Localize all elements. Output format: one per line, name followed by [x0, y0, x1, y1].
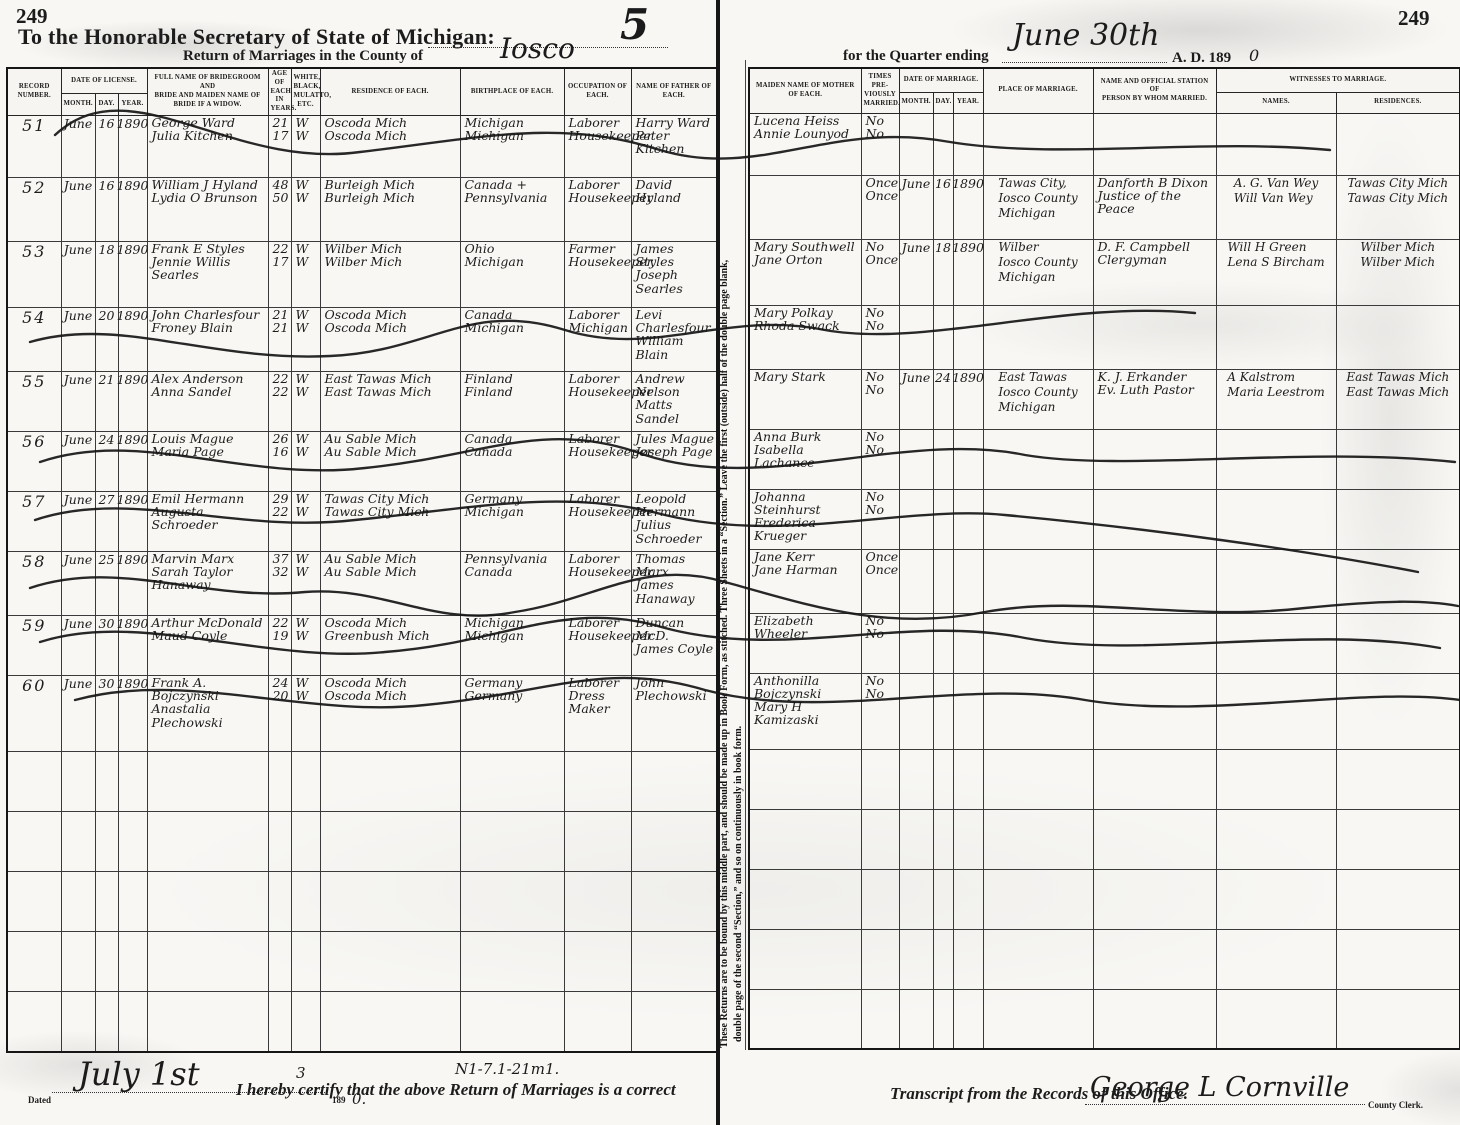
cell-witness-residences — [1336, 305, 1460, 369]
blank-cell — [95, 872, 118, 932]
cell-marriage-day — [933, 113, 953, 175]
record-row-53: 53June181890Frank E StylesJennie Willis … — [7, 242, 717, 308]
marriage-day-value — [934, 114, 953, 124]
cell-times-married: NoNo — [861, 673, 899, 749]
cell-witness-names — [1216, 489, 1336, 549]
bride-birthplace: Michigan — [461, 321, 564, 334]
cell-license-year: 1890 — [118, 676, 147, 752]
bride-occupation: Housekeeper — [565, 445, 631, 458]
cell-times-married: NoNo — [861, 489, 899, 549]
bride-occupation: Housekeeper — [565, 255, 631, 268]
blank-row — [7, 932, 717, 992]
binding-instruction-1: These Returns are to be bound by this mi… — [719, 100, 730, 1048]
cell-age: 2217 — [268, 242, 291, 308]
cell-name: John CharlesfourFroney Blain — [147, 308, 268, 372]
groom-mother: Mary Southwell — [750, 240, 861, 253]
cell-marriage-day — [933, 549, 953, 613]
col-header-marriage-year: Year. — [953, 92, 983, 113]
cell-times-married: OnceOnce — [861, 549, 899, 613]
witness-residences-value: Tawas City Mich Tawas City Mich — [1337, 176, 1460, 206]
cell-occupation: LaborerHousekeeper — [564, 492, 631, 552]
record-row-60-right: Anthonilla BojczynskiMary H KamizaskiNoN… — [749, 673, 1460, 749]
cell-license-day: 27 — [95, 492, 118, 552]
marriage-month-value — [900, 550, 933, 560]
bride-mother: Jane Orton — [750, 253, 861, 266]
cell-place-of-marriage — [983, 613, 1093, 673]
groom-mother: Jane Kerr — [750, 550, 861, 563]
marriage-year-value: 1890 — [954, 240, 983, 265]
groom-father: Leopold Hermann — [632, 492, 717, 518]
cell-mother: Johanna SteinhurstFrederica Krueger — [749, 489, 861, 549]
marriage-month-value — [900, 614, 933, 624]
blank-cell — [147, 932, 268, 992]
cell-times-married: NoNo — [861, 613, 899, 673]
record-row-53-right: Mary SouthwellJane OrtonNoOnceJune181890… — [749, 239, 1460, 305]
cell-marriage-year — [953, 305, 983, 369]
blank-cell — [933, 869, 953, 929]
cell-age: 2420 — [268, 676, 291, 752]
groom-father: Levi Charlesfour — [632, 308, 717, 334]
blank-cell — [749, 749, 861, 809]
blank-cell — [61, 812, 95, 872]
bride-age: 20 — [269, 689, 291, 702]
blank-cell — [291, 812, 320, 872]
blank-cell — [861, 869, 899, 929]
bride-color: W — [292, 565, 320, 578]
blank-cell — [564, 752, 631, 812]
blank-cell — [933, 749, 953, 809]
blank-cell — [147, 752, 268, 812]
marriage-month-value — [900, 674, 933, 684]
cell-occupation: LaborerHousekeeper — [564, 178, 631, 242]
record-row-56-right: Anna BurkIsabella LachanceNoNo — [749, 429, 1460, 489]
bride-occupation: Michigan — [565, 321, 631, 334]
blank-cell — [95, 812, 118, 872]
groom-father: David Hyland — [632, 178, 717, 204]
register-table-right: Maiden Name of Mother of Each. Times Pre… — [748, 67, 1460, 1050]
bride-color: W — [292, 191, 320, 204]
cell-marriage-day — [933, 429, 953, 489]
certify-text: I hereby certify that the above Return o… — [236, 1080, 676, 1100]
blank-cell — [899, 809, 933, 869]
record-row-57: 57June271890Emil HermannAugusta Schroede… — [7, 492, 717, 552]
page-number-right: 249 — [1398, 6, 1430, 31]
witness-residences-value: Wilber Mich Wilber Mich — [1337, 240, 1460, 270]
bride-times-married: No — [862, 443, 899, 456]
bride-times-married: No — [862, 503, 899, 516]
cell-marriage-month — [899, 549, 933, 613]
cell-occupation: LaborerHousekeeper — [564, 116, 631, 178]
cell-name: Frank E StylesJennie Willis Searles — [147, 242, 268, 308]
cell-age: 2222 — [268, 372, 291, 432]
cell-residence: Wilber MichWilber Mich — [320, 242, 460, 308]
cell-mother: Elizabeth Wheeler — [749, 613, 861, 673]
blank-cell — [1093, 809, 1216, 869]
bride-color: W — [292, 255, 320, 268]
cell-residence: Au Sable MichAu Sable Mich — [320, 552, 460, 616]
marriage-year-value — [954, 550, 983, 560]
cell-times-married: OnceOnce — [861, 175, 899, 239]
record-number-value: 52 — [8, 178, 61, 213]
marriage-month-value — [900, 490, 933, 500]
license-year-value: 1890 — [119, 242, 147, 267]
cell-marriage-day — [933, 613, 953, 673]
cell-witness-names — [1216, 113, 1336, 175]
blank-cell — [899, 989, 933, 1049]
cell-name: Louis MagueMaria Page — [147, 432, 268, 492]
cell-marriage-month — [899, 113, 933, 175]
bride-name: Augusta Schroeder — [148, 505, 268, 531]
cell-birthplace: MichiganMichigan — [460, 616, 564, 676]
cell-license-year: 1890 — [118, 178, 147, 242]
blank-cell — [861, 809, 899, 869]
cell-marriage-month — [899, 305, 933, 369]
blank-cell — [749, 809, 861, 869]
blank-cell — [861, 989, 899, 1049]
blank-cell — [320, 992, 460, 1052]
cell-color: WW — [291, 552, 320, 616]
cell-place-of-marriage — [983, 489, 1093, 549]
blank-cell — [953, 929, 983, 989]
col-header-official: Name and Official Station of Person by w… — [1093, 68, 1216, 113]
blank-cell — [95, 752, 118, 812]
groom-times-married: No — [862, 674, 899, 687]
bride-birthplace: Finland — [461, 385, 564, 398]
bride-residence: East Tawas Mich — [321, 385, 460, 398]
cell-witness-names — [1216, 429, 1336, 489]
blank-cell — [291, 752, 320, 812]
cell-official — [1093, 489, 1216, 549]
cell-occupation: LaborerMichigan — [564, 308, 631, 372]
cell-witness-names — [1216, 673, 1336, 749]
bride-age: 21 — [269, 321, 291, 334]
cell-color: WW — [291, 372, 320, 432]
blank-cell — [7, 752, 61, 812]
bride-color: W — [292, 129, 320, 142]
cell-age: 2219 — [268, 616, 291, 676]
cell-father: Duncan McD.James Coyle — [631, 616, 717, 676]
ad-label: A. D. 189 — [1172, 50, 1231, 67]
blank-row — [749, 749, 1460, 809]
cell-residence: Oscoda MichOscoda Mich — [320, 676, 460, 752]
license-month-value: June — [62, 552, 95, 577]
groom-times-married: Once — [862, 176, 899, 189]
register-table-left: Record Number. Date of License. Full Nam… — [6, 67, 718, 1053]
cell-official: K. J. ErkanderEv. Luth Pastor — [1093, 369, 1216, 429]
cell-witness-residences — [1336, 613, 1460, 673]
page-title: To the Honorable Secretary of State of M… — [18, 24, 495, 50]
record-row-60: 60June301890Frank A. BojczynskiAnastalia… — [7, 676, 717, 752]
col-header-license-day: Day. — [95, 93, 118, 115]
cell-name: Marvin MarxSarah Taylor Hanaway — [147, 552, 268, 616]
bride-age: 19 — [269, 629, 291, 642]
bride-residence: Greenbush Mich — [321, 629, 460, 642]
license-day-value: 20 — [96, 308, 118, 333]
cell-official — [1093, 429, 1216, 489]
blank-cell — [933, 989, 953, 1049]
blank-cell — [1093, 989, 1216, 1049]
bride-occupation: Housekeeper — [565, 129, 631, 142]
quarter-blank-line — [1002, 62, 1167, 63]
blank-cell — [1093, 869, 1216, 929]
bride-birthplace: Michigan — [461, 129, 564, 142]
blank-cell — [899, 929, 933, 989]
cell-marriage-day: 24 — [933, 369, 953, 429]
cell-mother: Jane KerrJane Harman — [749, 549, 861, 613]
cell-mother: Anna BurkIsabella Lachance — [749, 429, 861, 489]
bride-residence: Oscoda Mich — [321, 321, 460, 334]
cell-marriage-year — [953, 429, 983, 489]
blank-cell — [147, 872, 268, 932]
cell-record-number: 51 — [7, 116, 61, 178]
record-row-55: 55June211890Alex AndersonAnna Sandel2222… — [7, 372, 717, 432]
bride-father: William Blain — [632, 334, 717, 360]
cell-record-number: 57 — [7, 492, 61, 552]
blank-row — [7, 872, 717, 932]
blank-cell — [631, 992, 717, 1052]
cell-license-year: 1890 — [118, 372, 147, 432]
blank-cell — [460, 872, 564, 932]
marriage-year-value — [954, 430, 983, 440]
cell-mother: Anthonilla BojczynskiMary H Kamizaski — [749, 673, 861, 749]
blank-cell — [1216, 809, 1336, 869]
marriage-month-value: June — [900, 176, 933, 201]
record-row-52: 52June161890William J HylandLydia O Brun… — [7, 178, 717, 242]
cell-occupation: LaborerHousekeeper — [564, 616, 631, 676]
blank-cell — [983, 869, 1093, 929]
col-header-occupation: Occupation of Each. — [564, 68, 631, 116]
bride-birthplace: Canada — [461, 445, 564, 458]
marriage-year-value — [954, 674, 983, 684]
blank-cell — [320, 932, 460, 992]
cell-record-number: 60 — [7, 676, 61, 752]
blank-cell — [1336, 989, 1460, 1049]
cell-birthplace: Canada +Pennsylvania — [460, 178, 564, 242]
bride-times-married: Once — [862, 563, 899, 576]
col-header-license-month: Month. — [61, 93, 95, 115]
blank-cell — [7, 992, 61, 1052]
cell-witness-residences — [1336, 113, 1460, 175]
blank-cell — [749, 929, 861, 989]
blank-cell — [1336, 809, 1460, 869]
bride-occupation: Housekeeper — [565, 565, 631, 578]
official-name: Danforth B Dixon — [1094, 176, 1216, 189]
bride-age: 22 — [269, 385, 291, 398]
cell-mother — [749, 175, 861, 239]
certify-annotation: N1-7.1-21m1. — [455, 1060, 559, 1078]
blank-cell — [1336, 869, 1460, 929]
bride-father: Joseph Page — [632, 445, 717, 458]
blank-cell — [631, 812, 717, 872]
record-number-value: 59 — [8, 616, 61, 651]
cell-marriage-day — [933, 673, 953, 749]
cell-birthplace: OhioMichigan — [460, 242, 564, 308]
cell-place-of-marriage — [983, 113, 1093, 175]
col-header-residence: Residence of Each. — [320, 68, 460, 116]
marriage-year-value — [954, 114, 983, 124]
cell-place-of-marriage: Tawas City, Iosco County Michigan — [983, 175, 1093, 239]
cell-father: John Plechowski — [631, 676, 717, 752]
binding-instruction-2: double page of the second “Section,” and… — [733, 470, 744, 1042]
marriage-month-value: June — [900, 240, 933, 265]
official-name: D. F. Campbell — [1094, 240, 1216, 253]
license-month-value: June — [62, 492, 95, 517]
cell-license-day: 30 — [95, 616, 118, 676]
blank-cell — [899, 869, 933, 929]
blank-cell — [268, 752, 291, 812]
record-row-51: 51June161890George WardJulia Kitchen2117… — [7, 116, 717, 178]
blank-row — [7, 812, 717, 872]
col-header-marriage-month: Month. — [899, 92, 933, 113]
bride-birthplace: Pennsylvania — [461, 191, 564, 204]
cell-place-of-marriage: Wilber Iosco County Michigan — [983, 239, 1093, 305]
license-month-value: June — [62, 116, 95, 141]
cell-license-day: 16 — [95, 178, 118, 242]
record-number-value: 60 — [8, 676, 61, 711]
groom-mother: Johanna Steinhurst — [750, 490, 861, 516]
blank-cell — [749, 869, 861, 929]
blank-cell — [983, 929, 1093, 989]
groom-times-married: No — [862, 614, 899, 627]
blank-cell — [631, 872, 717, 932]
cell-marriage-year: 1890 — [953, 369, 983, 429]
marriage-month-value — [900, 430, 933, 440]
blank-cell — [460, 992, 564, 1052]
signature-line — [1085, 1104, 1365, 1105]
bride-occupation: Housekeeper — [565, 629, 631, 642]
record-row-54: 54June201890John CharlesfourFroney Blain… — [7, 308, 717, 372]
blank-cell — [1216, 989, 1336, 1049]
blank-cell — [1336, 749, 1460, 809]
quarter-ending-label: for the Quarter ending — [843, 48, 989, 65]
blank-cell — [291, 992, 320, 1052]
cell-witness-names: Will H Green Lena S Bircham — [1216, 239, 1336, 305]
bride-mother: Annie Lounyod — [750, 127, 861, 140]
cell-marriage-year — [953, 489, 983, 549]
cell-witness-residences: East Tawas Mich East Tawas Mich — [1336, 369, 1460, 429]
blank-cell — [933, 809, 953, 869]
blank-cell — [1216, 869, 1336, 929]
cell-color: WW — [291, 432, 320, 492]
official-title: Ev. Luth Pastor — [1094, 383, 1216, 396]
cell-father: Harry WardPeter Kitchen — [631, 116, 717, 178]
blank-row — [7, 992, 717, 1052]
cell-birthplace: PennsylvaniaCanada — [460, 552, 564, 616]
col-header-birthplace: Birthplace of Each. — [460, 68, 564, 116]
cell-times-married: NoNo — [861, 369, 899, 429]
cell-place-of-marriage: East Tawas Iosco County Michigan — [983, 369, 1093, 429]
bride-father: Matts Sandel — [632, 398, 717, 424]
blank-cell — [861, 749, 899, 809]
blank-cell — [7, 932, 61, 992]
bride-occupation: Dress Maker — [565, 689, 631, 715]
blank-cell — [631, 752, 717, 812]
cell-residence: Oscoda MichOscoda Mich — [320, 308, 460, 372]
dated-value: July 1st — [78, 1055, 200, 1093]
marriage-month-value: June — [900, 370, 933, 395]
groom-times-married: No — [862, 370, 899, 383]
cell-place-of-marriage — [983, 429, 1093, 489]
record-row-56: 56June241890Louis MagueMaria Page2616WWA… — [7, 432, 717, 492]
bride-residence: Oscoda Mich — [321, 129, 460, 142]
official-title: Clergyman — [1094, 253, 1216, 266]
bride-color: W — [292, 689, 320, 702]
bride-color: W — [292, 385, 320, 398]
cell-place-of-marriage — [983, 673, 1093, 749]
col-header-witnesses: Witnesses to Marriage. — [1216, 68, 1460, 92]
col-header-full-name: Full Name of Bridegroom and Bride and Ma… — [147, 68, 268, 116]
cell-marriage-day: 16 — [933, 175, 953, 239]
place-of-marriage-value: Wilber Iosco County Michigan — [984, 240, 1093, 285]
return-of-marriages-label: Return of Marriages in the County of — [183, 48, 423, 65]
cell-license-year: 1890 — [118, 616, 147, 676]
blank-cell — [95, 992, 118, 1052]
blank-cell — [1216, 929, 1336, 989]
cell-age: 4850 — [268, 178, 291, 242]
blank-cell — [118, 872, 147, 932]
cell-age: 2117 — [268, 116, 291, 178]
cell-witness-residences: Tawas City Mich Tawas City Mich — [1336, 175, 1460, 239]
license-day-value: 18 — [96, 242, 118, 267]
marriage-day-value — [934, 550, 953, 560]
cell-marriage-year — [953, 613, 983, 673]
witness-names-value: A. G. Van Wey Will Van Wey — [1217, 176, 1336, 206]
official-name: K. J. Erkander — [1094, 370, 1216, 383]
cell-marriage-year — [953, 113, 983, 175]
cell-license-month: June — [61, 116, 95, 178]
cell-license-month: June — [61, 616, 95, 676]
bride-birthplace: Michigan — [461, 629, 564, 642]
cell-witness-residences: Wilber Mich Wilber Mich — [1336, 239, 1460, 305]
groom-times-married: No — [862, 306, 899, 319]
license-year-value: 1890 — [119, 492, 147, 517]
cell-occupation: FarmerHousekeeper — [564, 242, 631, 308]
bride-times-married: Once — [862, 253, 899, 266]
cell-official — [1093, 113, 1216, 175]
blank-cell — [147, 812, 268, 872]
blank-row — [749, 989, 1460, 1049]
cell-occupation: LaborerHousekeeper — [564, 552, 631, 616]
cell-official — [1093, 613, 1216, 673]
cell-age: 2121 — [268, 308, 291, 372]
cell-license-month: June — [61, 372, 95, 432]
blank-cell — [320, 752, 460, 812]
cell-record-number: 54 — [7, 308, 61, 372]
cell-license-month: June — [61, 492, 95, 552]
blank-cell — [564, 992, 631, 1052]
blank-cell — [861, 929, 899, 989]
bride-father: Julius Schroeder — [632, 518, 717, 544]
cell-times-married: NoOnce — [861, 239, 899, 305]
blank-cell — [564, 872, 631, 932]
groom-mother: Lucena Heiss — [750, 114, 861, 127]
license-day-value: 24 — [96, 432, 118, 457]
license-year-value: 1890 — [119, 308, 147, 333]
bride-color: W — [292, 321, 320, 334]
bride-father: Joseph Searles — [632, 268, 717, 294]
bride-occupation: Housekeeper — [565, 505, 631, 518]
cell-record-number: 55 — [7, 372, 61, 432]
blank-cell — [7, 872, 61, 932]
cell-official: Danforth B DixonJustice of the Peace — [1093, 175, 1216, 239]
cell-marriage-year: 1890 — [953, 239, 983, 305]
cell-license-month: June — [61, 432, 95, 492]
cell-license-day: 24 — [95, 432, 118, 492]
bride-father: John Plechowski — [632, 676, 717, 702]
witness-residences-value: East Tawas Mich East Tawas Mich — [1337, 370, 1460, 400]
bride-name: Anna Sandel — [148, 385, 268, 398]
cell-license-year: 1890 — [118, 492, 147, 552]
